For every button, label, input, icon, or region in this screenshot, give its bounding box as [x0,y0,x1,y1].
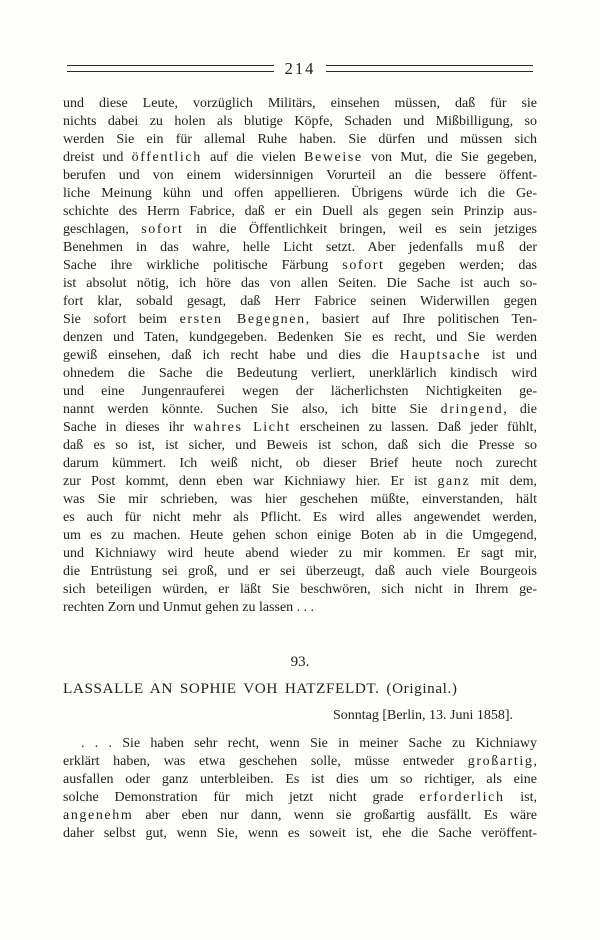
text-line: Sie sofort beim ersten Begegnen, basiert… [63,311,537,329]
text-line: schichte des Herrn Fabrice, daß er ein D… [63,203,537,221]
text-line: dreist und öffentlich auf die vielen Bew… [63,149,537,167]
text-line: Sache ihre wirkliche politische Färbung … [63,257,537,275]
text-line: was Sie mir schrieben, was hier geschehe… [63,491,537,509]
text-line: darum kümmert. Ich weiß nicht, ob dieser… [63,455,537,473]
text-line: Benehmen in das wahre, helle Licht setzt… [63,239,537,257]
text-line: ausfallen oder ganz unterbleiben. Es ist… [63,771,537,789]
text-line: solche Demonstration für mich jetzt nich… [63,789,537,807]
emphasized-text: sofort [141,222,183,237]
section-number: 93. [63,654,537,671]
emphasized-text: ganz [437,474,470,489]
paragraph-2: . . . Sie haben sehr recht, wenn Sie in … [63,735,537,843]
section-dateline: Sonntag [Berlin, 13. Juni 1858]. [63,708,513,724]
text-line: die Entrüstung sei groß, und er sei über… [63,563,537,581]
text-line: rechten Zorn und Unmut gehen zu lassen .… [63,599,537,617]
emphasized-text: erforderlich [419,790,504,805]
paragraph-1: und diese Leute, vorzüglich Militärs, ei… [63,95,537,617]
text-line: es auch für nicht mehr als Pflicht. Es w… [63,509,537,527]
emphasized-text: sofort [342,258,384,273]
running-head: 214 [67,60,533,76]
header-rule-left [67,65,274,72]
text-line: angenehm aber eben nur dann, wenn sie gr… [63,807,537,825]
text-line: fort klar, sobald gesagt, daß Herr Fabri… [63,293,537,311]
text-line: . . . Sie haben sehr recht, wenn Sie in … [63,735,537,753]
text-line: um es zu machen. Heute gehen schon einig… [63,527,537,545]
section-heading: LASSALLE AN SOPHIE VOH HATZFELDT. (Origi… [63,680,600,698]
emphasized-text: öffentlich [132,150,202,165]
emphasized-text: muß [476,240,506,255]
text-line: Sache in dieses ihr wahres Licht erschei… [63,419,537,437]
text-line: denzen und Taten, kundgegeben. Bedenken … [63,329,537,347]
header-rule-right [326,65,533,72]
text-line: sich beteiligen würden, er läßt Sie besc… [63,581,537,599]
book-page: 214 und diese Leute, vorzüglich Militärs… [0,0,600,940]
text-line: zur Post kommt, denn eben war Kichniawy … [63,473,537,491]
text-line: ohnedem die Sache die Bedeutung verliert… [63,365,537,383]
text-line: und eine Jungenrauferei wegen der lächer… [63,383,537,401]
page-number: 214 [274,61,327,77]
emphasized-text: wahres Licht [193,420,290,435]
text-line: und diese Leute, vorzüglich Militärs, ei… [63,95,537,113]
emphasized-text: dringend [441,402,504,417]
text-line: geschlagen, sofort in die Öffentlichkeit… [63,221,537,239]
text-line: daß es so ist, ist sicher, und Beweis is… [63,437,537,455]
text-line: liche Meinung kühn und offen appellieren… [63,185,537,203]
text-line: nannt werden könnte. Suchen Sie also, ic… [63,401,537,419]
text-line: daher selbst gut, wenn Sie, wenn es sowe… [63,825,537,843]
emphasized-text: Beweise [304,150,363,165]
text-line: nichts dabei zu holen als blutige Köpfe,… [63,113,537,131]
text-line: gewiß einsehen, daß ich recht habe und d… [63,347,537,365]
text-line: und Kichniawy wird heute abend wieder zu… [63,545,537,563]
text-line: berufen und von einem widersinnigen Voru… [63,167,537,185]
text-line: werden Sie ein für allemal Ruhe haben. S… [63,131,537,149]
text-line: erklärt haben, was etwa geschehen solle,… [63,753,537,771]
emphasized-text: großartig [468,754,534,769]
emphasized-text: Hauptsache [400,348,481,363]
emphasized-text: angenehm [63,808,133,823]
emphasized-text: ersten Begegnen [180,312,306,327]
text-line: ist absolut nötig, ich höre das von alle… [63,275,537,293]
